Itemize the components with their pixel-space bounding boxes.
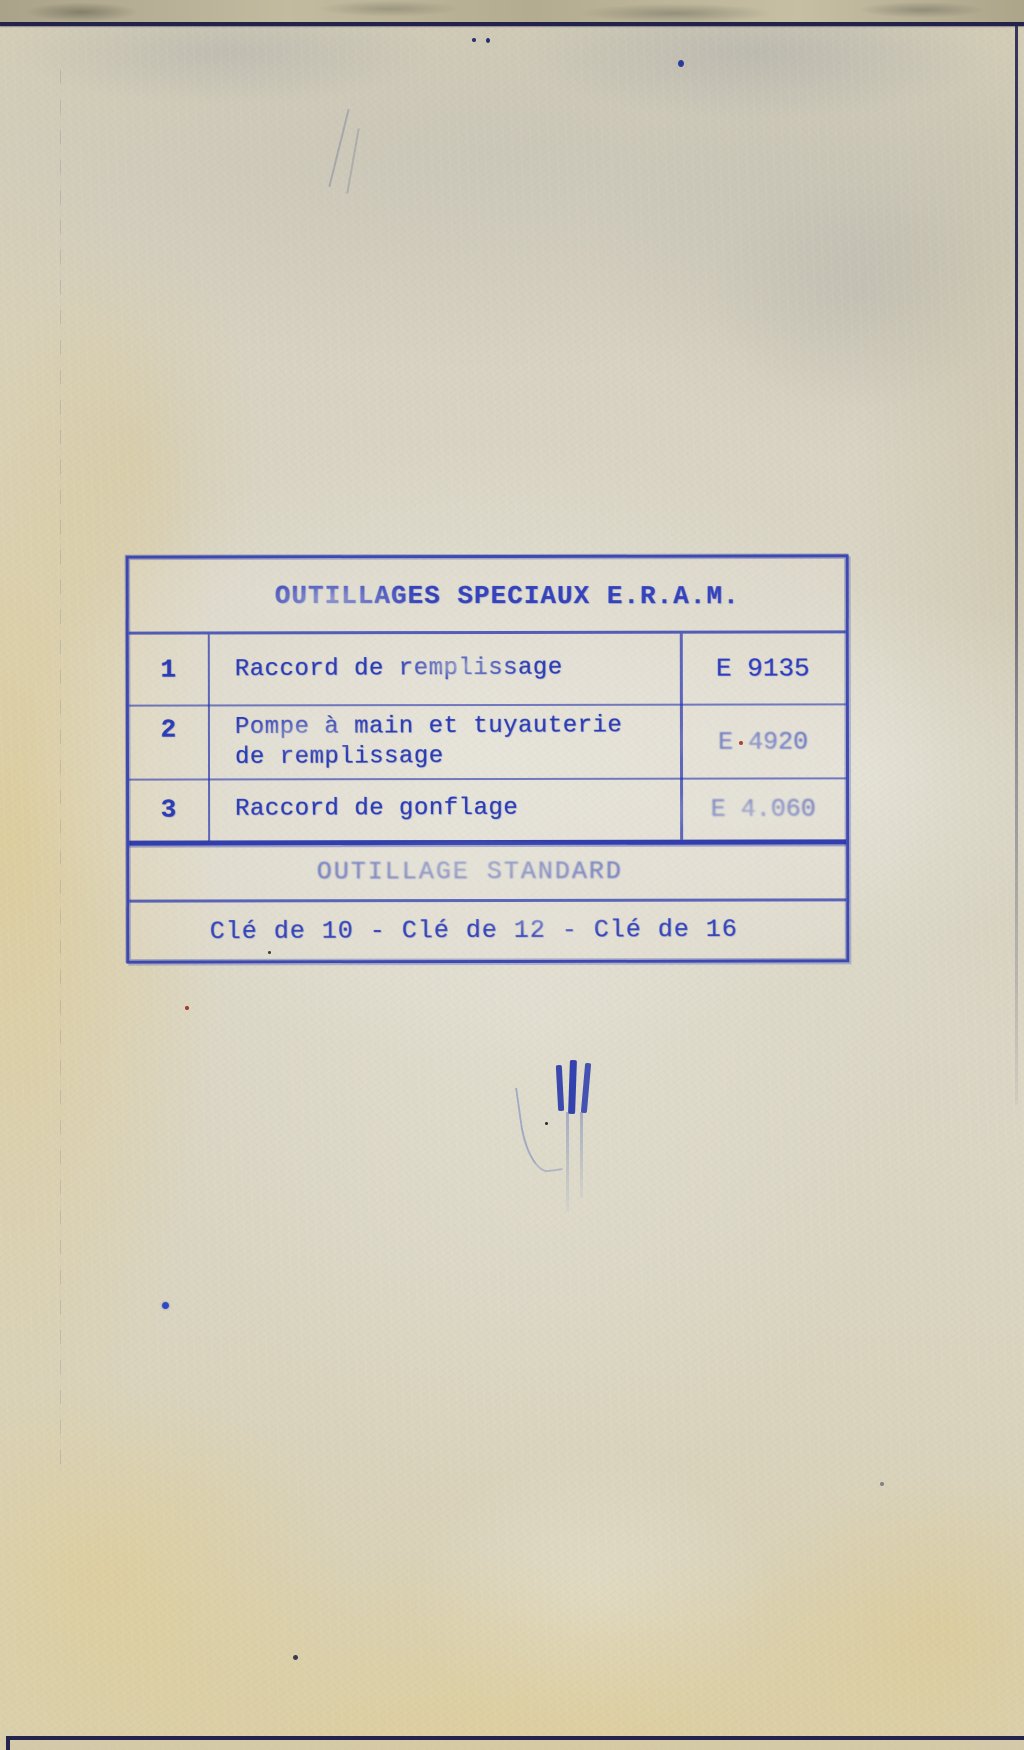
tools-table: OUTILLAGES SPECIAUX E.R.A.M. 1 Raccord d… [126, 554, 850, 963]
scan-top-edge [0, 0, 1024, 22]
bottom-edge-band [10, 1740, 1024, 1750]
dark-speck [545, 1122, 548, 1125]
row-number: 3 [129, 780, 208, 838]
dark-speck [268, 951, 271, 954]
row-reference-code: E 4920 [682, 705, 844, 777]
dark-speck [293, 1655, 298, 1660]
red-speck [185, 1006, 189, 1010]
row-description: Raccord de remplissage [210, 633, 703, 706]
ink-speck [486, 38, 490, 43]
pencil-stroke [328, 109, 349, 187]
ink-speck [678, 60, 684, 67]
ink-dot [162, 1302, 169, 1309]
dark-speck [880, 1482, 884, 1486]
standard-tools-items: Clé de 10 - Clé de 12 - Clé de 16 [115, 900, 832, 959]
paper-fold-line [60, 70, 61, 1470]
ink-smudge [581, 1063, 591, 1113]
row-number: 1 [129, 634, 208, 704]
table-title: OUTILLAGES SPECIAUX E.R.A.M. [149, 564, 866, 629]
row-number: 2 [129, 706, 208, 784]
row-description-line2: de remplissage [235, 742, 444, 773]
ink-streak [580, 1112, 583, 1198]
ink-squiggle [515, 1083, 563, 1175]
red-speck [739, 741, 743, 745]
ink-speck [472, 38, 476, 42]
top-rule-line [0, 22, 1024, 26]
scanned-document-page: OUTILLAGES SPECIAUX E.R.A.M. 1 Raccord d… [0, 0, 1024, 1750]
right-rule-line [1015, 24, 1018, 1104]
row-description-line1: Pompe à main et tuyauterie [235, 711, 623, 743]
ink-smudge [568, 1060, 577, 1114]
row-description: Raccord de gonflage [210, 779, 703, 839]
row-description: Pompe à main et tuyauterie de remplissag… [210, 705, 703, 779]
ink-streak [566, 1112, 569, 1212]
pencil-stroke [346, 128, 359, 193]
standard-tools-title: OUTILLAGE STANDARD [111, 844, 828, 897]
row-reference-code: E 4.060 [682, 779, 844, 837]
ink-smudge [556, 1065, 564, 1111]
row-reference-code: E 9135 [682, 633, 844, 703]
